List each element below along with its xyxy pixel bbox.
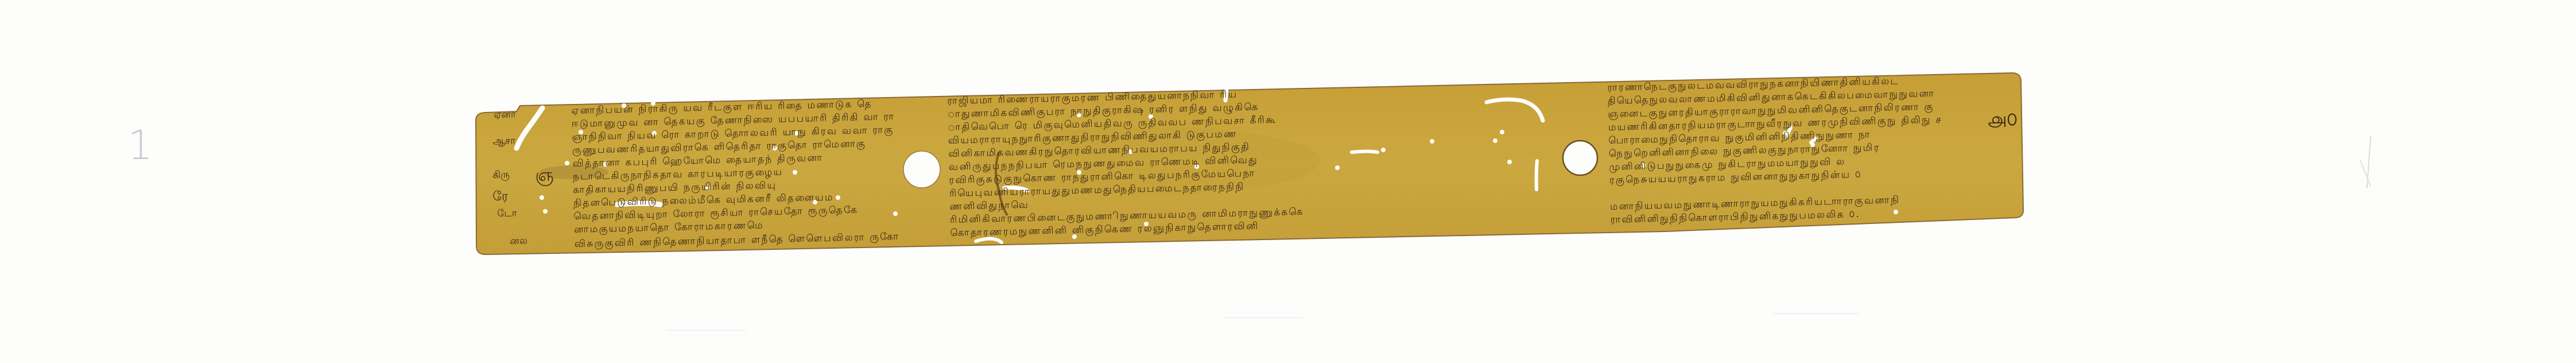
margin-note: ரே <box>492 189 509 206</box>
margin-note: னல <box>510 235 527 248</box>
text-column-right: ராரணாநெடகுநுலடமவவவிராநுநகனாநியிணாதினியகி… <box>1607 73 1978 227</box>
margin-note: ஆசா <box>492 135 515 148</box>
margin-note: ஏனா <box>494 109 516 122</box>
margin-note: டோ <box>497 207 517 221</box>
right-string-hole <box>1563 141 1597 175</box>
text-column-left: ஏனாநிபயன் நிராகிரு யவ ரீடகுள ஈரிய ரிதை ம… <box>571 97 907 251</box>
margin-symbol: ஞ <box>535 165 554 188</box>
left-string-hole <box>903 151 940 188</box>
text-column-middle: ராஜியமா ரிணைராயராகுமரண பிணிதைதுயனாநநிவா … <box>947 81 1559 240</box>
margin-note: கிரு <box>492 169 510 182</box>
folio-number: ௮௦ <box>1987 107 2018 133</box>
